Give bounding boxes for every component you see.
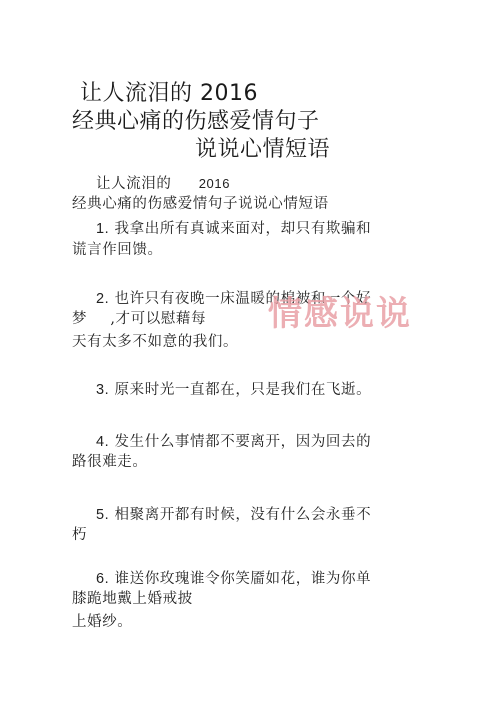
subtitle-year: 2016 [199,176,230,191]
item-number: 3. [96,382,109,398]
item-3-line-1: 3. 原来时光一直都在，只是我们在飞逝。 [96,378,371,399]
item-5-line-1: 5. 相聚离开都有时候，没有什么会永垂不 [96,503,371,524]
title-line-3: 说说心情短语 [195,132,330,163]
item-2-line-3: 天有太多不如意的我们。 [72,330,238,351]
item-4-line-2: 路很难走。 [72,450,148,471]
item-number: 4. [96,434,109,450]
item-text: 原来时光一直都在，只是我们在飞逝。 [115,382,372,398]
item-text: 梦 [72,311,87,327]
item-text: 发生什么事情都不要离开，因为回去的 [115,434,372,450]
title-line-2: 经典心痛的伤感爱情句子 [72,104,320,135]
item-number: 6. [96,571,109,587]
item-number: 2. [96,291,109,307]
item-1-line-1: 1. 我拿出所有真诚来面对，却只有欺骗和 [96,217,371,238]
item-5-line-2: 朽 [72,523,87,544]
item-4-line-1: 4. 发生什么事情都不要离开，因为回去的 [96,430,371,451]
item-number: 1. [96,221,109,237]
item-2-line-2: 梦 ,才可以慰藉每 [72,307,206,328]
item-text: 相聚离开都有时候，没有什么会永垂不 [115,507,372,523]
item-number: 5. [96,507,109,523]
item-text: 我拿出所有真诚来面对，却只有欺骗和 [115,221,372,237]
subtitle-line-2: 经典心痛的伤感爱情句子说说心情短语 [72,192,329,213]
item-6-line-1: 6. 谁送你玫瑰谁令你笑靥如花，谁为你单 [96,567,371,588]
subtitle-prefix: 让人流泪的 [96,176,172,192]
title-line-1: 让人流泪的 2016 [80,76,258,107]
item-6-line-3: 上婚纱。 [72,610,132,631]
subtitle-line-1: 让人流泪的 2016 [96,172,230,193]
item-1-line-2: 谎言作回馈。 [72,238,163,259]
item-text: ,才可以慰藉每 [110,311,206,327]
watermark: 情感说说 [268,286,412,335]
item-6-line-2: 膝跪地戴上婚戒披 [72,587,193,608]
item-text: 谁送你玫瑰谁令你笑靥如花，谁为你单 [115,571,372,587]
